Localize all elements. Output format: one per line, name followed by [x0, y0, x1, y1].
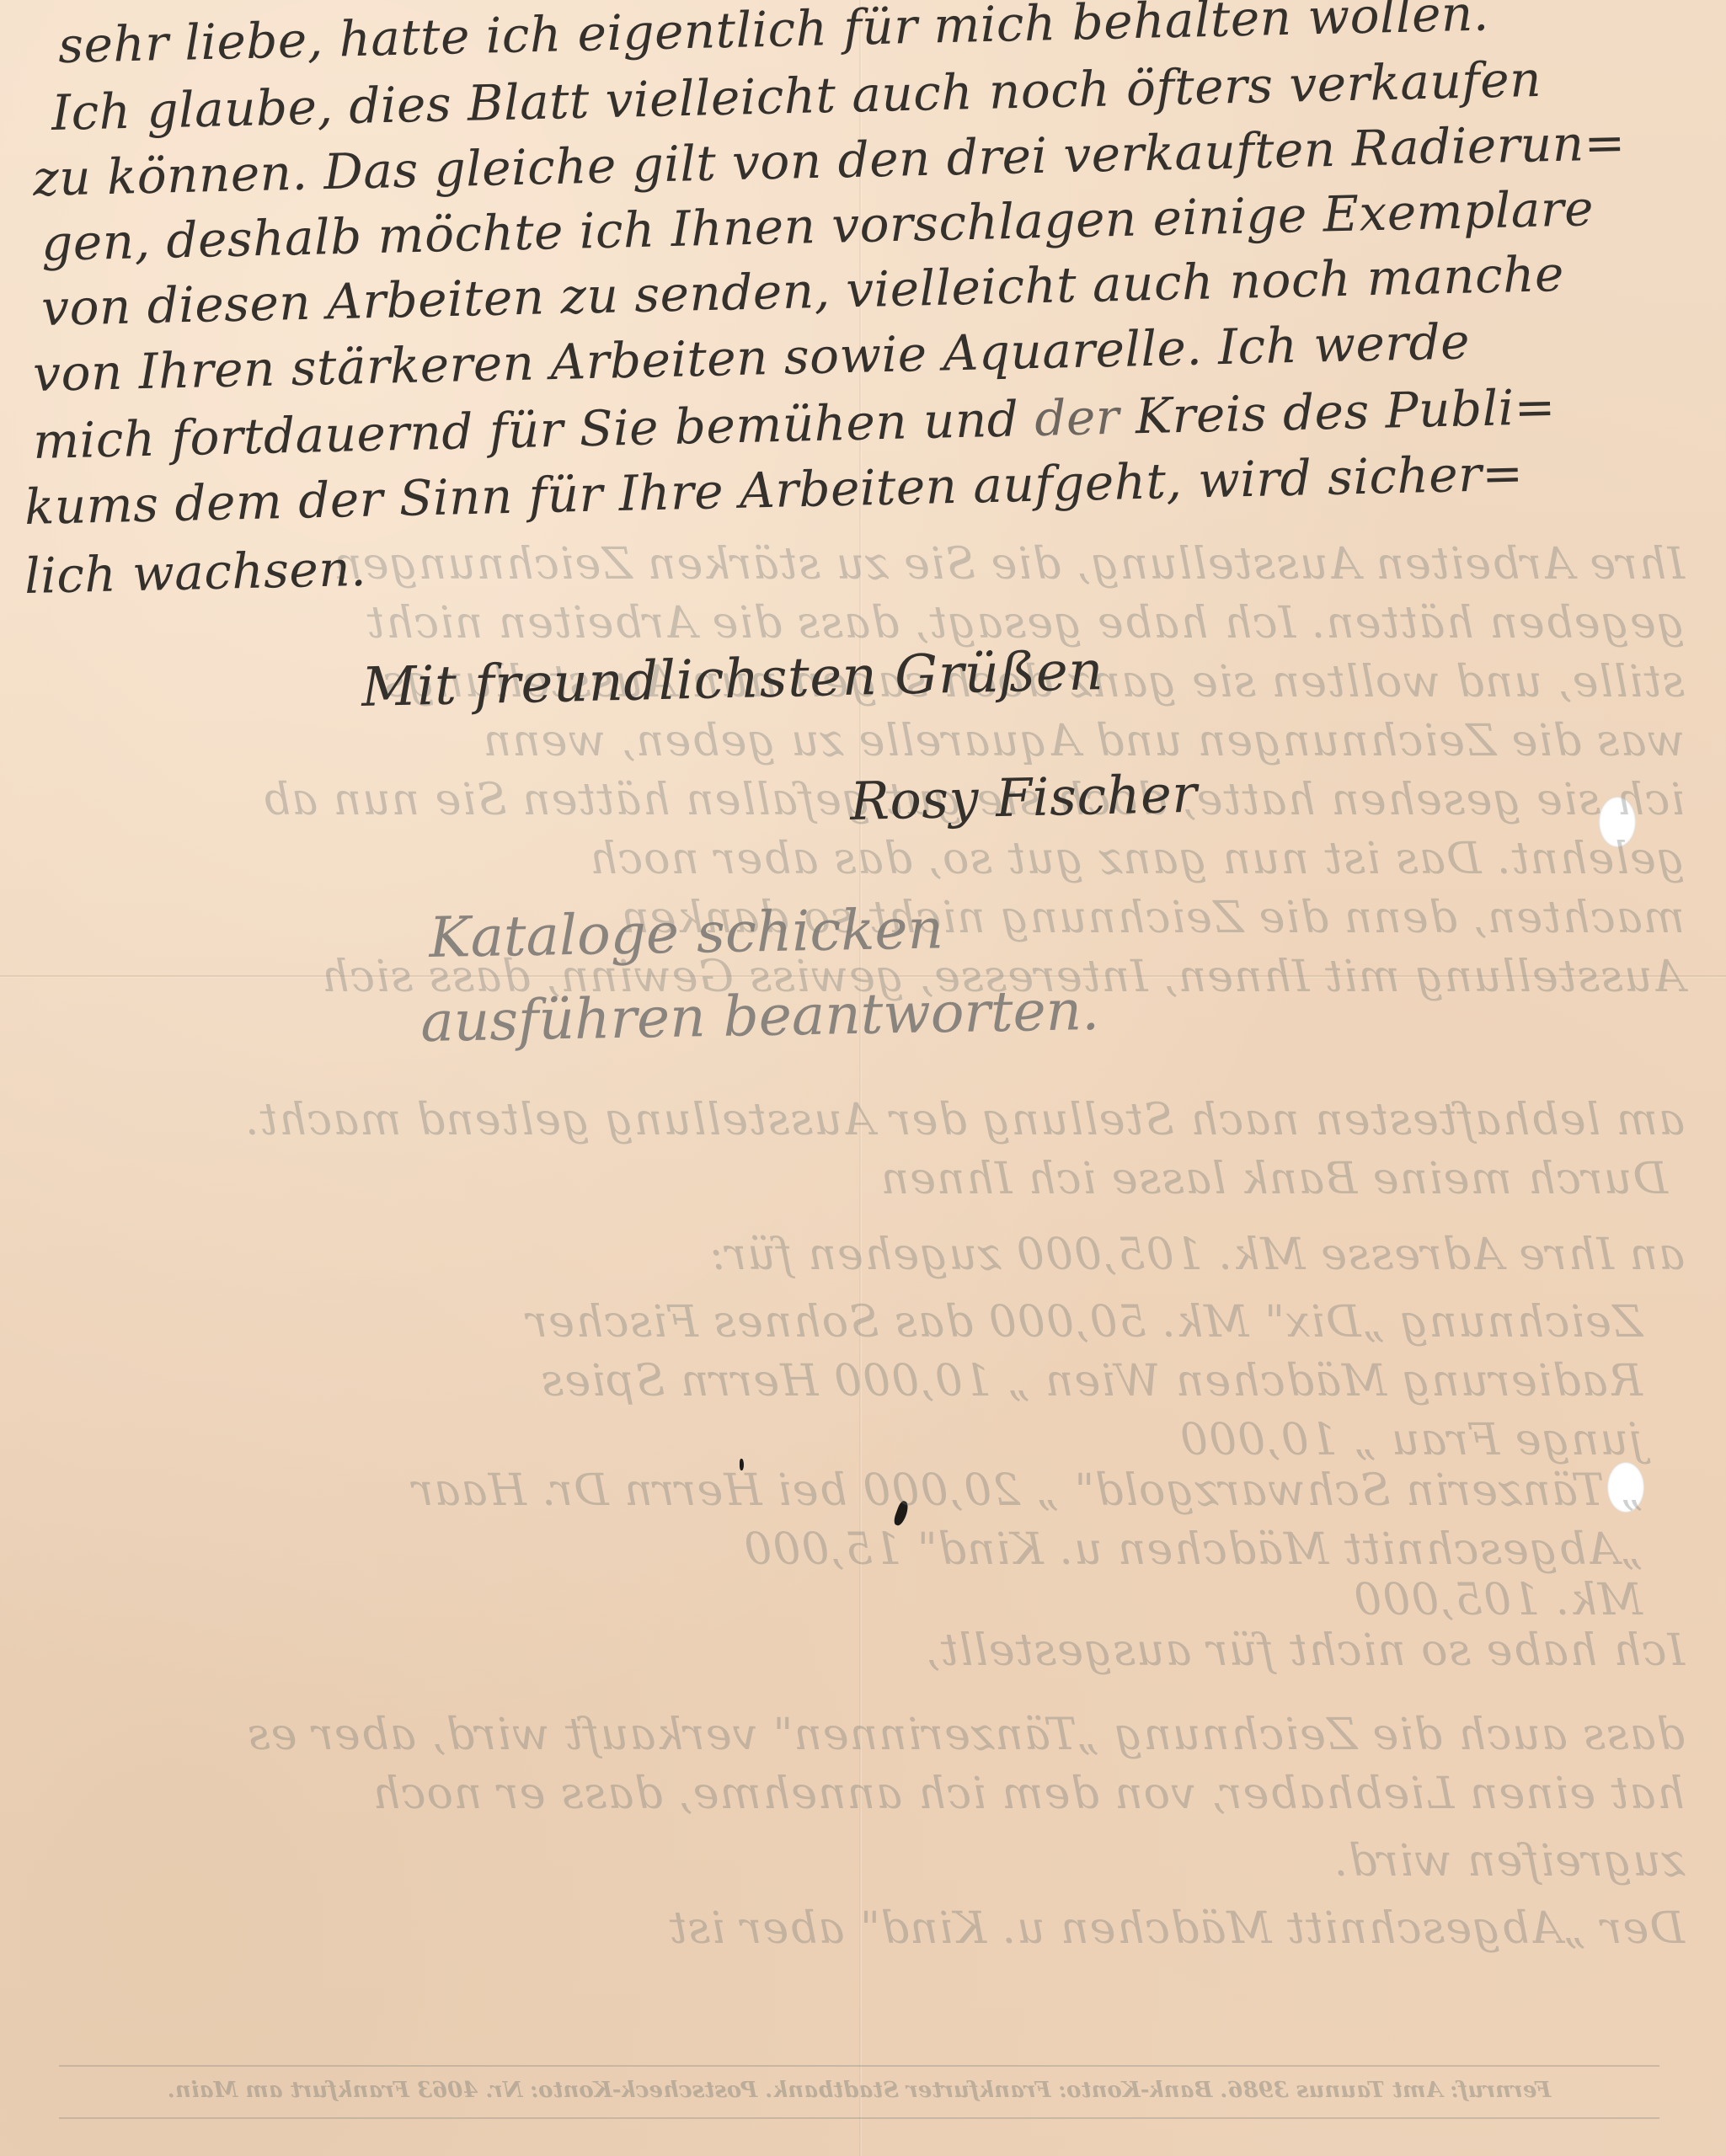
pencil-note-line-1: Kataloge schicken — [429, 896, 944, 970]
bleed-line: Der „Abgeschnitt Mädchen u. Kind" aber i… — [34, 1903, 1685, 1954]
bleed-line: was die Zeichnungen und Aquarelle zu geb… — [34, 716, 1685, 766]
signature: Rosy Fischer — [849, 763, 1198, 832]
bleed-line: „Abgeschnitt Mädchen u. Kind" 15,000 — [126, 1524, 1643, 1575]
body-line-9: lich wachsen. — [24, 540, 366, 605]
bleed-line: gegeben hätten. Ich habe gesagt, dass di… — [34, 598, 1685, 648]
body-line-7-start: mich fortdauernd für Sie bemühen und — [32, 390, 1035, 470]
body-line-7-faint-word: der — [1034, 388, 1120, 447]
pencil-note-line-2: ausführen beantworten. — [420, 978, 1100, 1054]
bleed-line: hat einen Liebhaber, von dem ich annehme… — [34, 1769, 1685, 1819]
bleed-line: Ich habe so nicht für ausgestellt, — [34, 1625, 1685, 1676]
bleed-letterhead-footer: Fernruf: Amt Taunus 3986. Bank-Konto: Fr… — [59, 2065, 1659, 2119]
bleed-line: Zeichnung „Dix" Mk. 50,000 das Sohnes Fi… — [126, 1297, 1643, 1347]
bleed-line: Mk. 105,000 — [126, 1575, 1643, 1625]
bleed-line: am lebhaftesten nach Stellung der Ausste… — [34, 1095, 1685, 1145]
letter-page: Ihre Arbeiten Ausstellung, die Sie zu st… — [0, 0, 1726, 2156]
body-line-7-end: Kreis des Publi= — [1119, 378, 1556, 446]
bleed-line: gelehnt. Das ist nun ganz gut so, das ab… — [34, 834, 1685, 884]
bleed-line: „ Tänzerin Schwarzgold" „ 20,000 bei Her… — [126, 1465, 1643, 1516]
bleed-line: Radierung Mädchen Wien „ 10,000 Herrn Sp… — [126, 1356, 1643, 1406]
bleed-line: an Ihre Adresse Mk. 105,000 zugehen für: — [590, 1230, 1685, 1280]
vertical-fold-line — [859, 0, 862, 2156]
bleed-line: dass auch die Zeichnung „Tänzerinnen" ve… — [34, 1710, 1685, 1760]
bleed-line: junge Frau „ 10,000 — [126, 1415, 1643, 1465]
bleed-line: zugreifen wird. — [34, 1836, 1685, 1886]
bleed-line: Durch meine Bank lasse ich Ihnen — [489, 1154, 1668, 1204]
